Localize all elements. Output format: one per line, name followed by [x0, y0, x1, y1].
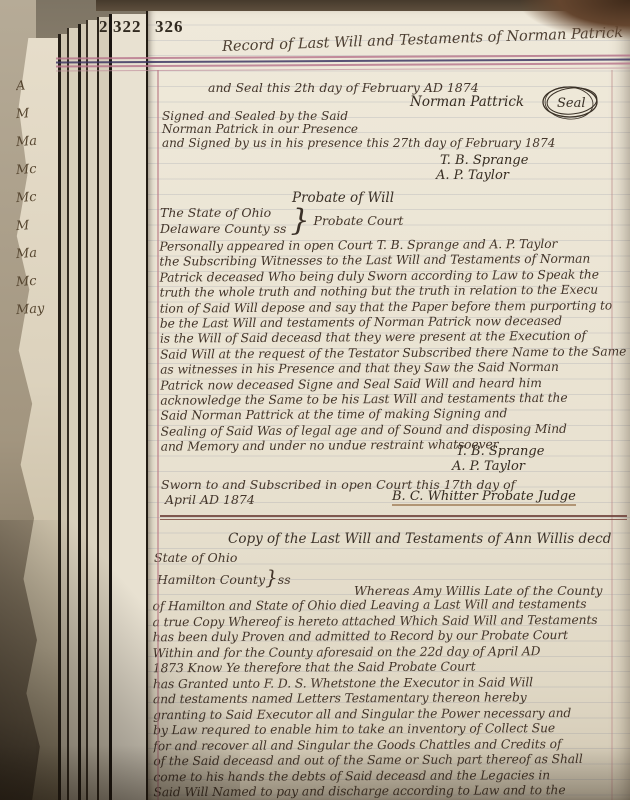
attestation-clause: Signed and Sealed by the SaidNorman Patr… [162, 110, 555, 150]
page-edge-strip [78, 24, 86, 800]
probate-body-line: and Memory and under no undue restraint … [161, 437, 630, 456]
page-number-previous: 322 [113, 17, 142, 37]
willis-body-line: has been duly Proven and admitted to Rec… [153, 628, 630, 646]
sworn-date: April AD 1874 [165, 492, 255, 507]
spine-fragment-text: Ma [16, 239, 50, 269]
testator-signature: Norman Pattrick [410, 94, 524, 110]
page-edge-strip [67, 28, 78, 800]
attestation-line: Signed and Sealed by the Said [162, 110, 555, 123]
attestation-line: Norman Patrick in our Presence [162, 123, 555, 136]
spine-fragment-text: Mc [16, 267, 50, 297]
spine-fragment-text: May [16, 295, 50, 325]
attestation-line: and Signed by us in his presence this 27… [162, 137, 555, 150]
willis-record-heading: Copy of the Last Will and Testaments of … [228, 531, 611, 547]
page-edge-strip [86, 20, 97, 800]
spine-fragment-text: Mc [16, 183, 50, 213]
county-line: Delaware County ss [160, 221, 286, 237]
page-edge-strip-under-page [109, 14, 146, 800]
willis-body-text: of Hamilton and State of Ohio died Leavi… [152, 597, 630, 800]
spine-fragment-text: A [16, 72, 50, 101]
court-label: Probate Court [314, 213, 404, 229]
witness-signature: T. B. Sprange [456, 444, 544, 459]
witness-signature: A. P. Taylor [452, 459, 525, 474]
spine-handwriting-fragments: AMMaMcMcMMaMcMay [16, 72, 50, 342]
probate-judge-signature: B. C. Whitter Probate Judge [392, 489, 576, 506]
section-divider-rule [160, 515, 627, 520]
state-line: The State of Ohio [160, 205, 286, 221]
witness-signature: T. B. Sprange [440, 153, 528, 168]
willis-opening-line: Whereas Amy Willis Late of the County [354, 583, 602, 598]
willis-body-line: of the Said deceasd and out of the Same … [153, 752, 630, 770]
will-closing-line: and Seal this 2th day of February AD 187… [208, 80, 479, 95]
witness-signature: A. P. Taylor [436, 168, 509, 183]
spine-fragment-text: M [16, 211, 50, 241]
page-edge-strip [97, 17, 109, 800]
court-venue-block: The State of Ohio Delaware County ss } P… [160, 205, 403, 237]
page-number: 326 [155, 17, 184, 37]
seal-label: Seal [557, 96, 586, 111]
scanned-ledger-photo: AMMaMcMcMMaMcMay 2 322 326 Record of Las… [0, 0, 630, 800]
spine-fragment-text: Ma [16, 127, 50, 157]
willis-state-line: State of Ohio [154, 550, 237, 565]
page-edge-strip [58, 34, 67, 800]
willis-body-line: of Hamilton and State of Ohio died Leavi… [152, 597, 630, 615]
ledger-page: 326 Record of Last Will and Testaments o… [146, 10, 630, 800]
spine-fragment-text: Mc [16, 155, 50, 185]
page-number-edge-partial: 2 [99, 17, 108, 37]
top-edge-shadow [96, 0, 630, 11]
venue-brace: } [290, 213, 309, 229]
page-header-title: Record of Last Will and Testaments of No… [222, 25, 622, 55]
spine-fragment-text: M [16, 99, 50, 129]
venue-brace: } [265, 565, 278, 589]
willis-county-line: Hamilton County}ss [157, 565, 291, 589]
willis-body-line: granting to Said Executor all and Singul… [153, 705, 630, 723]
willis-body-line: Said Will Named to pay and discharge acc… [153, 783, 630, 800]
probate-body-text: Personally appeared in open Court T. B. … [159, 236, 630, 455]
